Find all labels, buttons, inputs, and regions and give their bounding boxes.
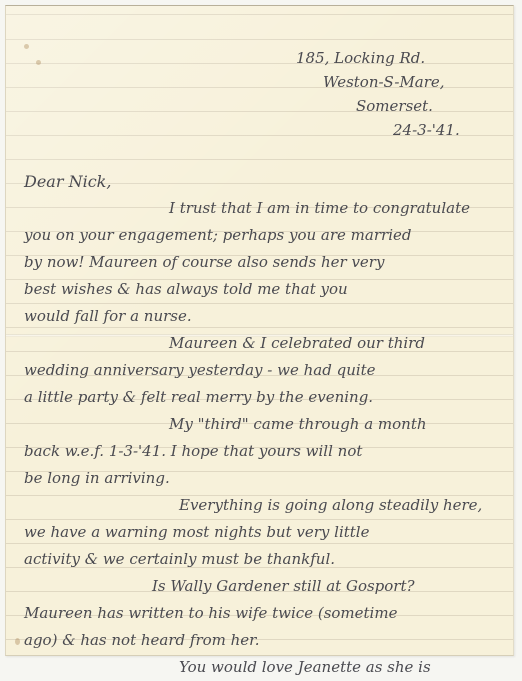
foxing-spot [24,44,29,49]
letter-line: activity & we certainly must be thankful… [24,546,504,573]
letter-line: You would love Jeanette as she is [24,654,504,662]
letter-line: would fall for a nurse. [24,303,504,330]
address-county: Somerset. [356,94,460,118]
letter-line: Maureen & I celebrated our third [24,330,504,357]
address-town: Weston-S-Mare, [323,70,460,94]
letter-page: 185, Locking Rd. Weston-S-Mare, Somerset… [5,5,514,656]
letter-line: you on your engagement; perhaps you are … [24,222,504,249]
letter-line: be long in arriving. [24,465,504,492]
letter-line: Everything is going along steadily here, [24,492,504,519]
sender-address: 185, Locking Rd. Weston-S-Mare, Somerset… [291,46,460,142]
letter-line: wedding anniversary yesterday - we had q… [24,357,504,384]
letter-line: best wishes & has always told me that yo… [24,276,504,303]
foxing-spot [15,638,20,645]
letter-body: Dear Nick, I trust that I am in time to … [24,168,504,662]
letter-line: I trust that I am in time to congratulat… [24,195,504,222]
letter-date: 24-3-'41. [393,118,460,142]
letter-line: back w.e.f. 1-3-'41. I hope that yours w… [24,438,504,465]
salutation: Dear Nick, [24,168,504,195]
address-street: 185, Locking Rd. [296,46,460,70]
letter-line: ago) & has not heard from her. [24,627,504,654]
letter-line: by now! Maureen of course also sends her… [24,249,504,276]
letter-line: My "third" came through a month [24,411,504,438]
letter-line: we have a warning most nights but very l… [24,519,504,546]
letter-line: Maureen has written to his wife twice (s… [24,600,504,627]
letter-line: Is Wally Gardener still at Gosport? [24,573,504,600]
foxing-spot [36,60,41,65]
letter-line: a little party & felt real merry by the … [24,384,504,411]
